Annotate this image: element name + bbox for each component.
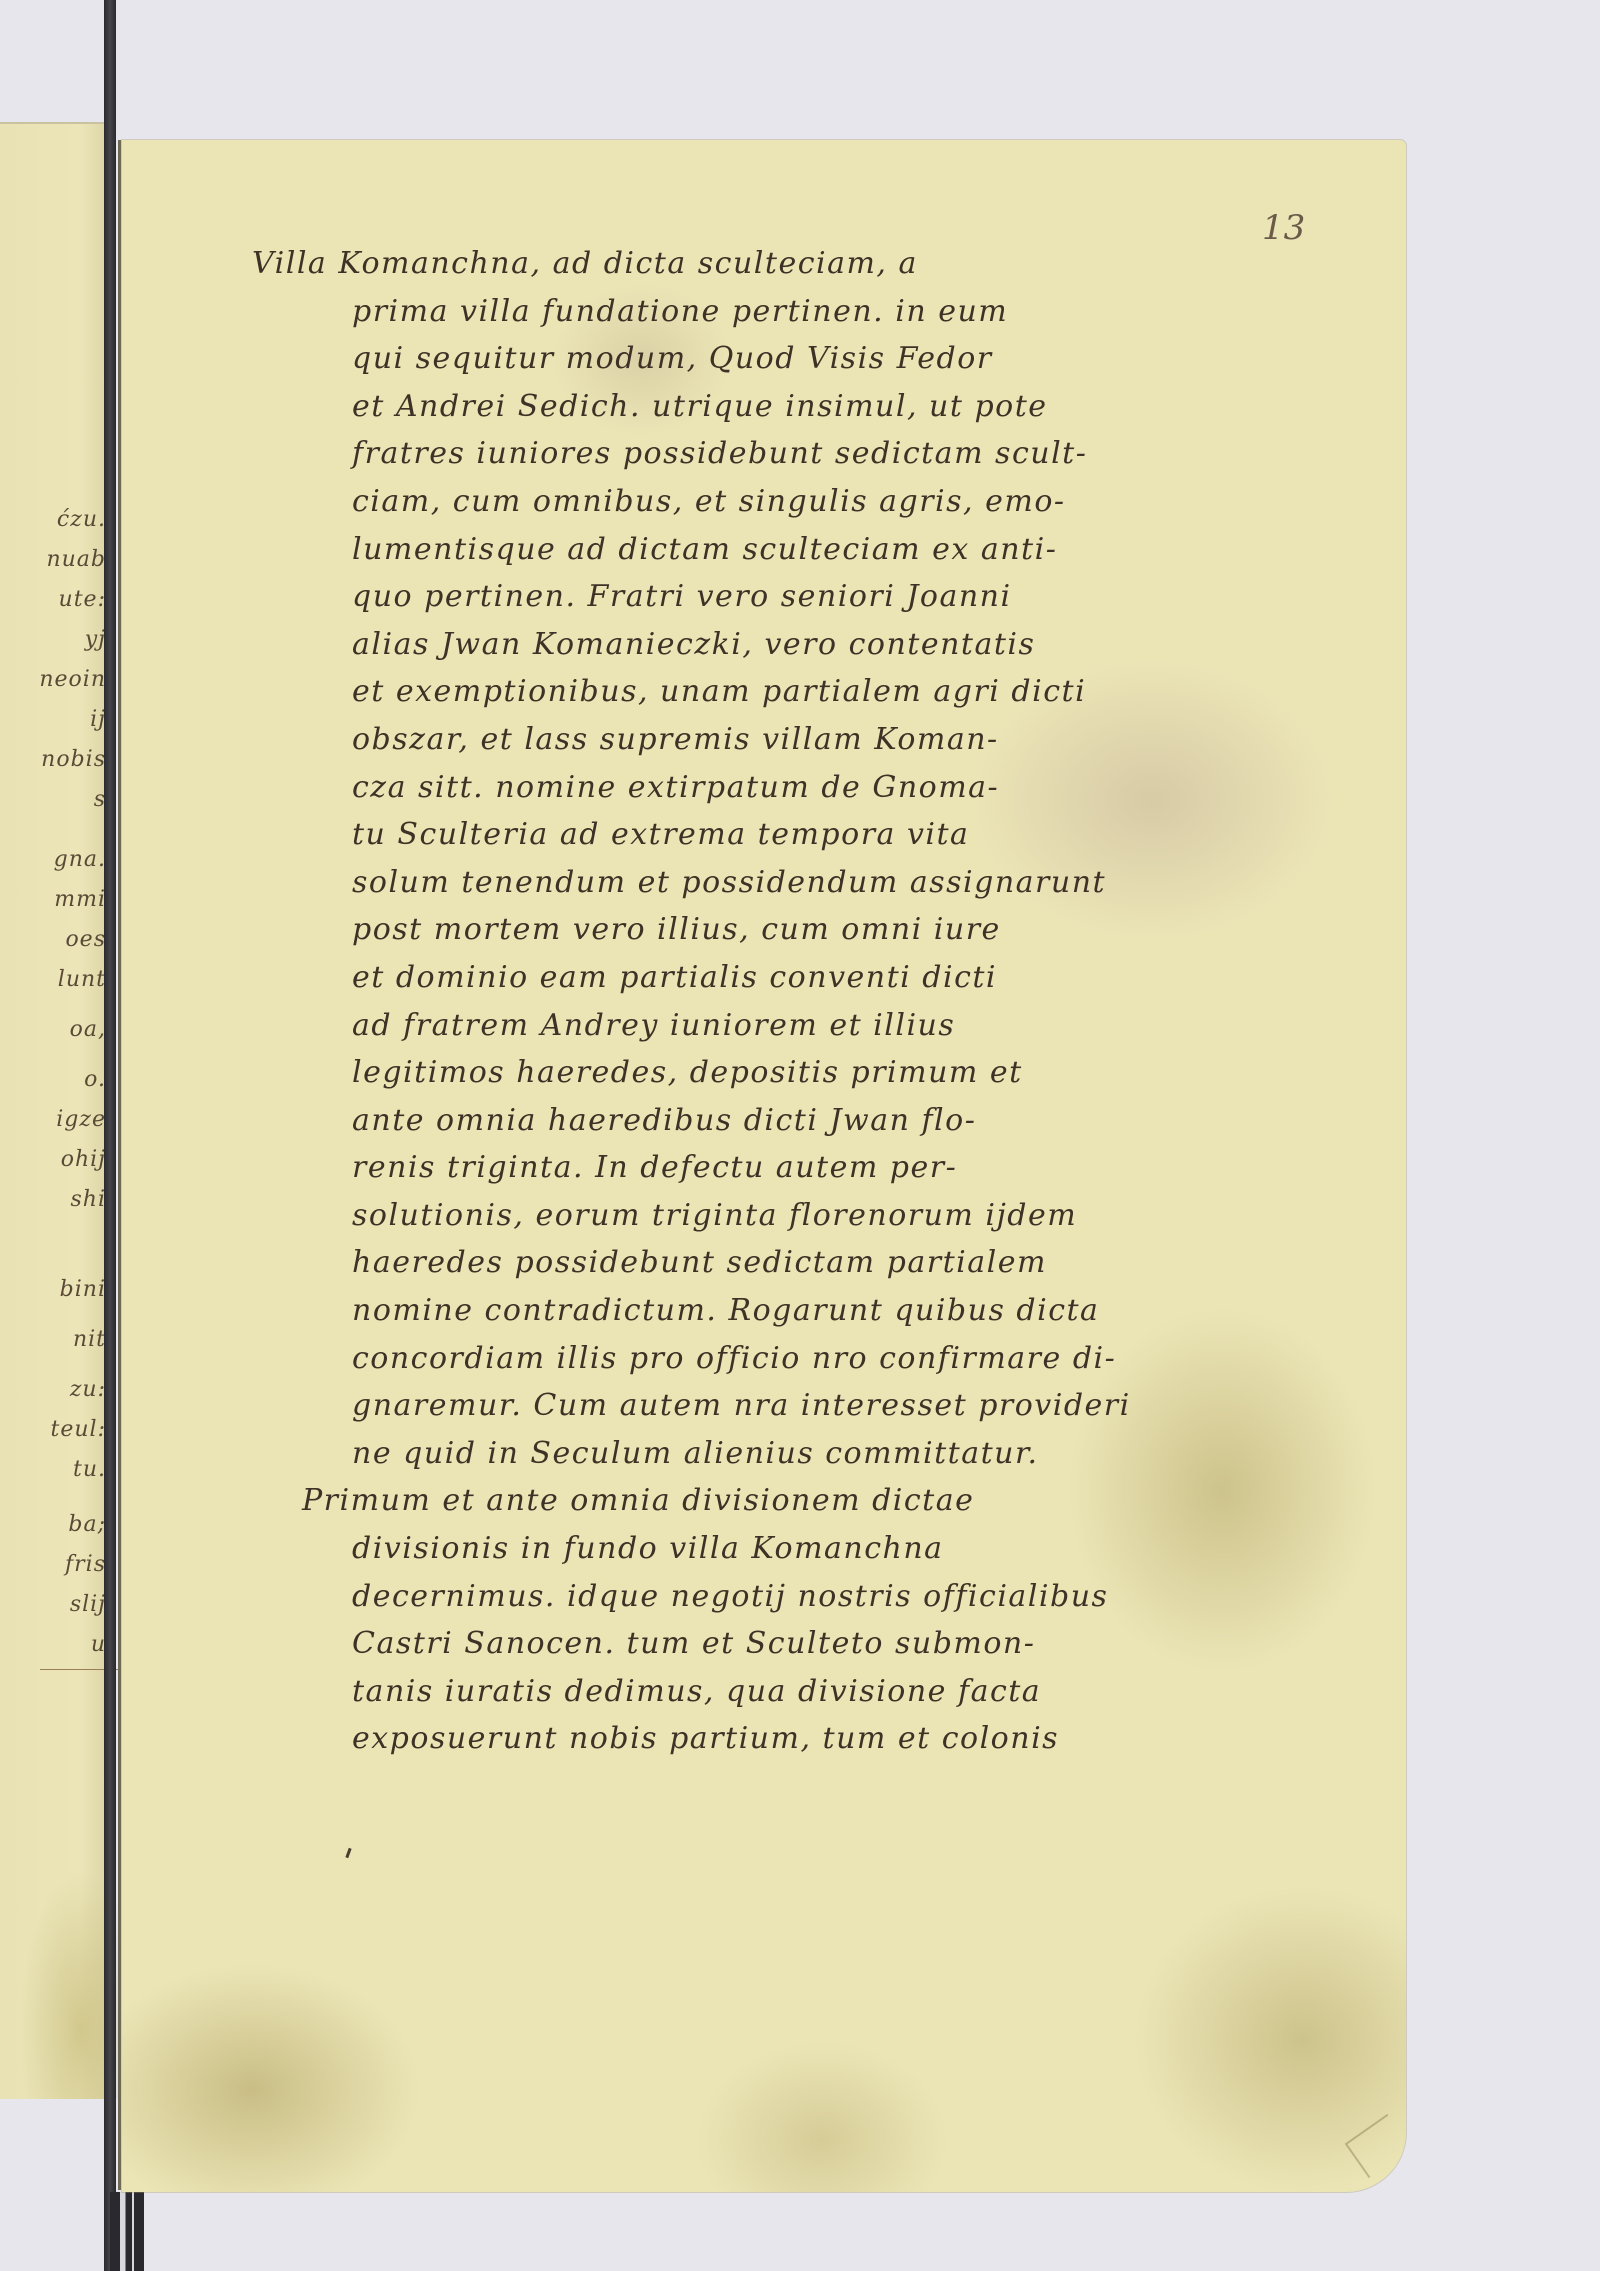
- text-line: post mortem vero illius, cum omni iure: [252, 906, 1252, 954]
- text-line: Castri Sanocen. tum et Sculteto submon-: [252, 1620, 1252, 1668]
- left-page-fragment: slij: [70, 1592, 106, 1617]
- text-line: alias Jwan Komanieczki, vero contentatis: [252, 621, 1252, 669]
- left-page-fragment: o.: [84, 1067, 106, 1092]
- left-page-fragment: mmi: [54, 887, 106, 912]
- text-line: exposuerunt nobis partium, tum et coloni…: [252, 1715, 1252, 1763]
- left-page-fragment: tu.: [73, 1457, 106, 1482]
- text-line: concordiam illis pro officio nro confirm…: [252, 1335, 1252, 1383]
- left-page-fragment: nuab: [46, 547, 106, 572]
- left-page-fragment: fris: [65, 1552, 106, 1577]
- left-page-fragment: ute:: [59, 587, 106, 612]
- left-page-fragment: bini: [60, 1277, 106, 1302]
- text-line: Primum et ante omnia divisionem dictae: [252, 1477, 1252, 1525]
- text-line: ante omnia haeredibus dicti Jwan flo-: [252, 1097, 1252, 1145]
- left-page-fragment: oes: [65, 927, 106, 952]
- left-facing-page: ćzu. nuab ute: yj neoin ij nobis s gna. …: [0, 122, 114, 2099]
- left-page-fragment: ćzu.: [57, 507, 106, 532]
- book-binding-bottom: [110, 2192, 144, 2271]
- text-line: fratres iuniores possidebunt sedictam sc…: [252, 430, 1252, 478]
- text-line: et dominio eam partialis conventi dicti: [252, 954, 1252, 1002]
- pencil-mark-corner: [1345, 2114, 1406, 2178]
- manuscript-page: 13 Villa Komanchna, ad dicta sculteciam,…: [122, 140, 1406, 2192]
- gutter-line: [118, 140, 121, 2190]
- text-line: qui sequitur modum, Quod Visis Fedor: [252, 335, 1252, 383]
- text-line: et exemptionibus, unam partialem agri di…: [252, 668, 1252, 716]
- text-line: tanis iuratis dedimus, qua divisione fac…: [252, 1668, 1252, 1716]
- book-binding-top: [104, 0, 116, 2271]
- text-line: cza sitt. nomine extirpatum de Gnoma-: [252, 764, 1252, 812]
- left-page-fragment: igze: [56, 1107, 106, 1132]
- text-line: ad fratrem Andrey iuniorem et illius: [252, 1002, 1252, 1050]
- left-page-fragment: nobis: [41, 747, 106, 772]
- text-line: obszar, et lass supremis villam Koman-: [252, 716, 1252, 764]
- text-line: prima villa fundatione pertinen. in eum: [252, 288, 1252, 336]
- left-page-fragment: teul:: [51, 1417, 106, 1442]
- text-line: quo pertinen. Fratri vero seniori Joanni: [252, 573, 1252, 621]
- left-page-fragment: shi: [71, 1187, 107, 1212]
- text-line: divisionis in fundo villa Komanchna: [252, 1525, 1252, 1573]
- text-line: decernimus. idque negotij nostris offici…: [252, 1573, 1252, 1621]
- left-page-fragment: oa,: [70, 1017, 106, 1042]
- text-line: tu Sculteria ad extrema tempora vita: [252, 811, 1252, 859]
- manuscript-text: Villa Komanchna, ad dicta sculteciam, a …: [252, 240, 1252, 1763]
- left-page-fragment: neoin: [39, 667, 106, 692]
- left-page-fragment: lunt: [58, 967, 106, 992]
- left-page-fragment: nit: [73, 1327, 106, 1352]
- left-page-fragment: ohij: [61, 1147, 106, 1172]
- text-line: ciam, cum omnibus, et singulis agris, em…: [252, 478, 1252, 526]
- text-line: legitimos haeredes, depositis primum et: [252, 1049, 1252, 1097]
- text-line: renis triginta. In defectu autem per-: [252, 1144, 1252, 1192]
- ink-mark: [345, 1848, 351, 1858]
- left-page-fragment: zu:: [70, 1377, 106, 1402]
- text-line: et Andrei Sedich. utrique insimul, ut po…: [252, 383, 1252, 431]
- text-line: Villa Komanchna, ad dicta sculteciam, a: [252, 240, 1252, 288]
- text-line: haeredes possidebunt sedictam partialem: [252, 1239, 1252, 1287]
- text-line: lumentisque ad dictam sculteciam ex anti…: [252, 526, 1252, 574]
- text-line: ne quid in Seculum alienius committatur.: [252, 1430, 1252, 1478]
- text-line: nomine contradictum. Rogarunt quibus dic…: [252, 1287, 1252, 1335]
- left-page-fragment: ba;: [68, 1512, 106, 1537]
- text-line: gnaremur. Cum autem nra interesset provi…: [252, 1382, 1252, 1430]
- text-line: solum tenendum et possidendum assignarun…: [252, 859, 1252, 907]
- left-page-fragment: gna.: [54, 847, 106, 872]
- text-line: solutionis, eorum triginta florenorum ij…: [252, 1192, 1252, 1240]
- folio-number: 13: [1262, 208, 1305, 248]
- left-page-fragment: yj: [85, 627, 106, 652]
